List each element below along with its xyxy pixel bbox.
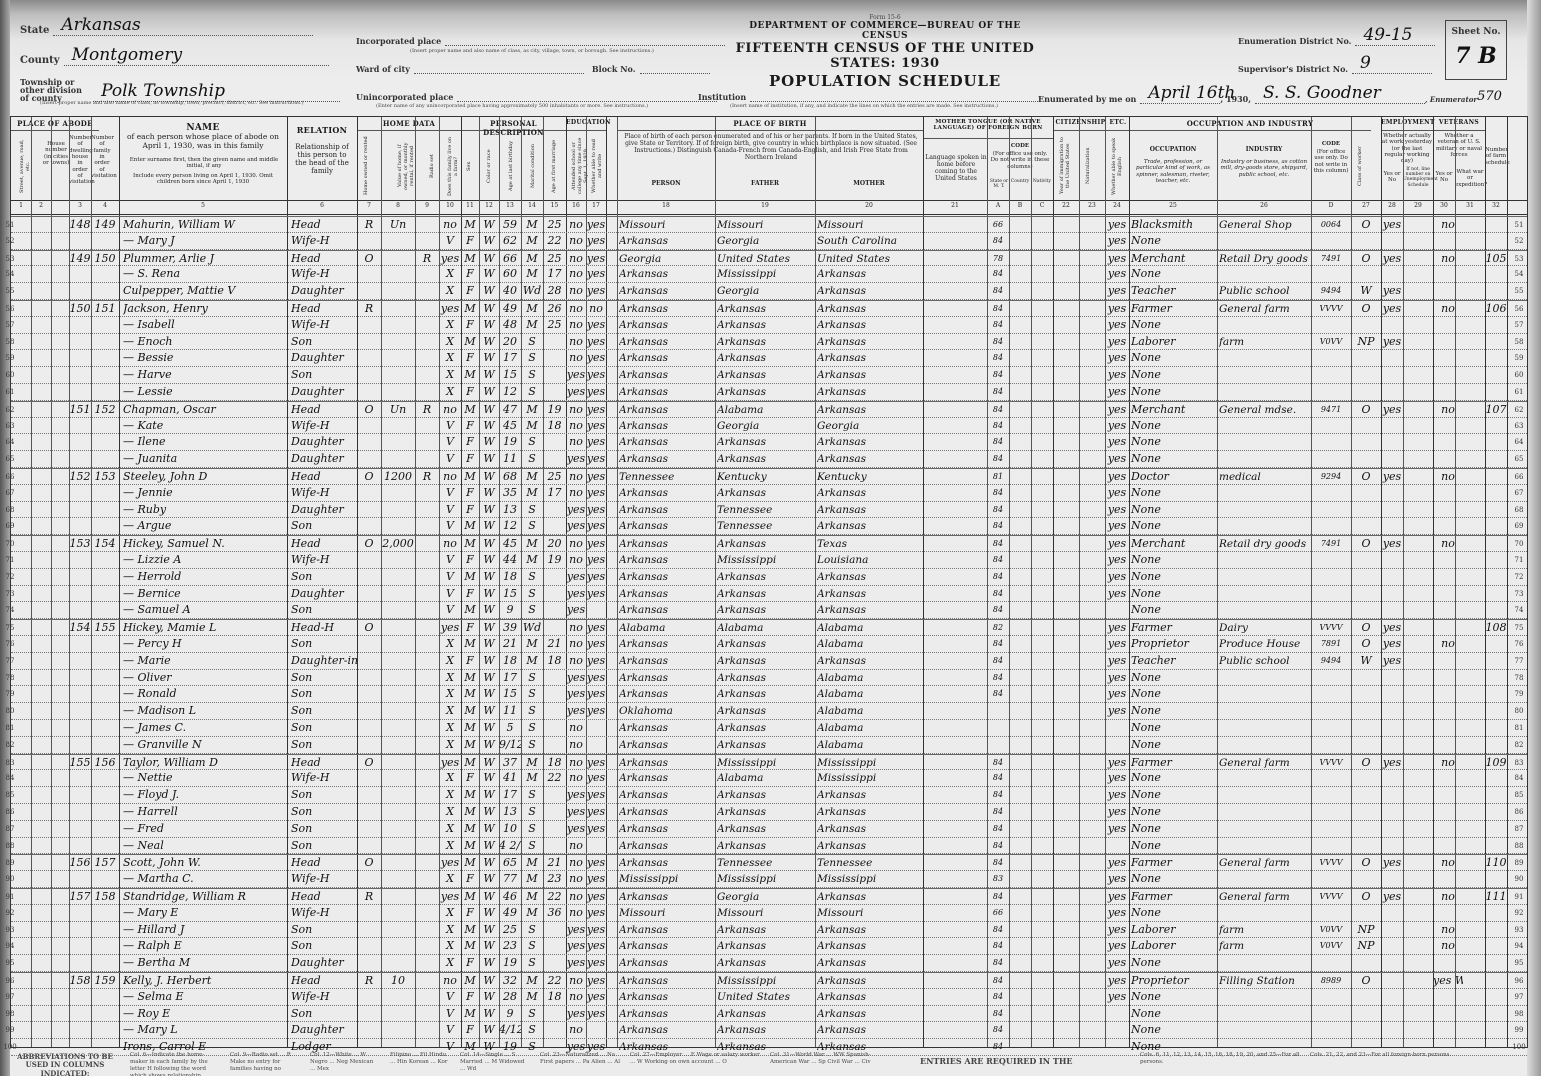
cell-color: W bbox=[479, 989, 499, 1006]
cell-industry bbox=[1219, 552, 1311, 569]
cell-pob-father: Mississippi bbox=[717, 973, 815, 990]
cell-name: — Floyd J. bbox=[123, 787, 287, 804]
cell-pob: Arkansas bbox=[619, 737, 715, 754]
cell-relation: Wife-H bbox=[291, 770, 357, 787]
cell-marital: M bbox=[521, 636, 543, 653]
cell-age: 32 bbox=[499, 973, 521, 990]
cell-pob-mother: Arkansas bbox=[817, 301, 923, 318]
cell-relation: Son bbox=[291, 922, 357, 939]
cell-emp bbox=[1381, 418, 1403, 435]
cell-school: yes bbox=[566, 787, 586, 804]
cell-pob: Arkansas bbox=[619, 770, 715, 787]
cell-family bbox=[91, 703, 119, 720]
cell-english: yes bbox=[1105, 552, 1129, 569]
cell-farm: X bbox=[439, 770, 461, 787]
cell-pob-mother: Arkansas bbox=[817, 787, 923, 804]
cell-pob-mother: Arkansas bbox=[817, 922, 923, 939]
cell-pob: Arkansas bbox=[619, 720, 715, 737]
cell-pob-father: Georgia bbox=[717, 233, 815, 250]
cell-dwelling bbox=[69, 334, 91, 351]
cell-read: yes bbox=[586, 233, 606, 250]
cell-farm-sched bbox=[1485, 821, 1507, 838]
col-num: A bbox=[987, 202, 1009, 209]
cell-english: yes bbox=[1105, 871, 1129, 888]
cell-code-a: 84 bbox=[987, 569, 1009, 586]
line-number: 89 bbox=[3, 855, 17, 872]
cell-code-a: 84 bbox=[987, 451, 1009, 468]
cell-radio bbox=[415, 485, 439, 502]
cell-industry bbox=[1219, 1022, 1311, 1039]
cell-code-d: 9494 bbox=[1311, 653, 1351, 670]
cell-occupation: Teacher bbox=[1131, 283, 1217, 300]
cell-emp: yes bbox=[1381, 536, 1403, 553]
cell-name: Steeley, John D bbox=[123, 469, 287, 486]
sub-age-marriage: Age at first marriage bbox=[551, 135, 557, 197]
cell-value bbox=[381, 821, 415, 838]
cell-class: O bbox=[1351, 402, 1381, 419]
cell-english: yes bbox=[1105, 384, 1129, 401]
cell-read: yes bbox=[586, 266, 606, 283]
cell-code-a: 84 bbox=[987, 787, 1009, 804]
cell-farm-sched bbox=[1485, 686, 1507, 703]
cell-english: yes bbox=[1105, 973, 1129, 990]
cell-emp bbox=[1381, 989, 1403, 1006]
cell-pob: Arkansas bbox=[619, 451, 715, 468]
cell-class bbox=[1351, 552, 1381, 569]
cell-farm-sched: 105 bbox=[1485, 251, 1507, 268]
cell-class bbox=[1351, 838, 1381, 855]
cell-pob-mother: Arkansas bbox=[817, 889, 923, 906]
cell-owned bbox=[357, 737, 381, 754]
cell-dwelling bbox=[69, 1006, 91, 1023]
cell-occupation: None bbox=[1131, 670, 1217, 687]
cell-owned bbox=[357, 770, 381, 787]
cell-pob-father: Alabama bbox=[717, 770, 815, 787]
cell-value bbox=[381, 1022, 415, 1039]
cell-code-d bbox=[1311, 552, 1351, 569]
enum-district-value: 49-15 bbox=[1363, 25, 1412, 45]
cell-dwelling bbox=[69, 233, 91, 250]
cell-dwelling bbox=[69, 636, 91, 653]
schedule-title: POPULATION SCHEDULE bbox=[730, 72, 1040, 90]
cell-sex: M bbox=[461, 602, 479, 619]
cell-sex: F bbox=[461, 266, 479, 283]
table-row: 6363— KateWife-HVFW45M18noyesArkansasGeo… bbox=[11, 418, 1527, 435]
cell-farm: X bbox=[439, 787, 461, 804]
cell-name: — Percy H bbox=[123, 636, 287, 653]
cell-read bbox=[586, 602, 606, 619]
table-row: 7474— Samuel ASonVMW9SyesArkansasArkansa… bbox=[11, 602, 1527, 619]
cell-age-marr: 36 bbox=[543, 905, 566, 922]
cell-sex: F bbox=[461, 384, 479, 401]
cell-color: W bbox=[479, 552, 499, 569]
cell-code-a: 84 bbox=[987, 317, 1009, 334]
cell-color: W bbox=[479, 686, 499, 703]
cell-sex: M bbox=[461, 670, 479, 687]
cell-owned bbox=[357, 451, 381, 468]
cell-vet bbox=[1433, 871, 1463, 888]
cell-name: — Kate bbox=[123, 418, 287, 435]
cell-industry bbox=[1219, 485, 1311, 502]
cell-pob: Arkansas bbox=[619, 402, 715, 419]
cell-occupation: None bbox=[1131, 434, 1217, 451]
cell-value bbox=[381, 838, 415, 855]
sub-code-d-note: (For office use only. Do not write in th… bbox=[1313, 149, 1349, 174]
cell-owned: O bbox=[357, 251, 381, 268]
cell-radio bbox=[415, 233, 439, 250]
cell-age: 9 bbox=[499, 602, 521, 619]
cell-pob-father: Alabama bbox=[717, 402, 815, 419]
cell-emp bbox=[1381, 905, 1403, 922]
cell-color: W bbox=[479, 770, 499, 787]
col-num: 13 bbox=[499, 202, 521, 209]
cell-marital: S bbox=[521, 922, 543, 939]
cell-name: — Granville N bbox=[123, 737, 287, 754]
cell-pob: Arkansas bbox=[619, 938, 715, 955]
cell-farm-sched bbox=[1485, 418, 1507, 435]
cell-farm: X bbox=[439, 804, 461, 821]
cell-school: yes bbox=[566, 502, 586, 519]
cell-family: 155 bbox=[91, 620, 119, 637]
cell-emp bbox=[1381, 502, 1403, 519]
cell-marital: M bbox=[521, 402, 543, 419]
cell-code-a: 84 bbox=[987, 301, 1009, 318]
cell-color: W bbox=[479, 737, 499, 754]
institution-note: (Insert name of institution, if any, and… bbox=[730, 103, 1030, 109]
cell-pob: Arkansas bbox=[619, 821, 715, 838]
cell-sex: F bbox=[461, 434, 479, 451]
col-num: 6 bbox=[287, 202, 357, 209]
col-num: 5 bbox=[119, 202, 287, 209]
cell-code-a: 84 bbox=[987, 973, 1009, 990]
cell-code-d bbox=[1311, 770, 1351, 787]
cell-english: yes bbox=[1105, 502, 1129, 519]
cell-emp bbox=[1381, 1006, 1403, 1023]
group-personal: PERSONAL DESCRIPTION bbox=[461, 117, 566, 131]
cell-english bbox=[1105, 838, 1129, 855]
cell-english: yes bbox=[1105, 686, 1129, 703]
cell-emp bbox=[1381, 266, 1403, 283]
cell-age: 23 bbox=[499, 938, 521, 955]
cell-age-marr bbox=[543, 938, 566, 955]
cell-radio bbox=[415, 737, 439, 754]
cell-age: 25 bbox=[499, 922, 521, 939]
cell-school: yes bbox=[566, 922, 586, 939]
cell-emp bbox=[1381, 350, 1403, 367]
cell-sex: M bbox=[461, 821, 479, 838]
cell-industry bbox=[1219, 367, 1311, 384]
cell-sex: M bbox=[461, 973, 479, 990]
cell-pob-father: Arkansas bbox=[717, 434, 815, 451]
cell-value bbox=[381, 251, 415, 268]
line-number: 99 bbox=[3, 1022, 17, 1039]
cell-english bbox=[1105, 737, 1129, 754]
cell-owned bbox=[357, 686, 381, 703]
cell-farm-sched bbox=[1485, 485, 1507, 502]
cell-emp bbox=[1381, 1022, 1403, 1039]
cell-owned: O bbox=[357, 402, 381, 419]
cell-pob-mother: Alabama bbox=[817, 703, 923, 720]
line-number-right: 55 bbox=[1509, 283, 1529, 300]
cell-value bbox=[381, 384, 415, 401]
cell-read: yes bbox=[586, 251, 606, 268]
cell-industry bbox=[1219, 586, 1311, 603]
cell-industry bbox=[1219, 720, 1311, 737]
cell-sex: M bbox=[461, 855, 479, 872]
cell-pob-father: Arkansas bbox=[717, 821, 815, 838]
cell-owned bbox=[357, 283, 381, 300]
cell-vet: no bbox=[1433, 217, 1463, 234]
cell-pob-father: Arkansas bbox=[717, 737, 815, 754]
cell-vet: no bbox=[1433, 251, 1463, 268]
cell-pob: Tennessee bbox=[619, 469, 715, 486]
cell-marital: S bbox=[521, 602, 543, 619]
cell-age: 44 bbox=[499, 552, 521, 569]
cell-class bbox=[1351, 418, 1381, 435]
group-home-data: HOME DATA bbox=[357, 117, 461, 131]
cell-pob: Arkansas bbox=[619, 889, 715, 906]
cell-age: 77 bbox=[499, 871, 521, 888]
cell-value bbox=[381, 855, 415, 872]
cell-english: yes bbox=[1105, 938, 1129, 955]
cell-pob: Arkansas bbox=[619, 787, 715, 804]
cell-farm: V bbox=[439, 569, 461, 586]
cell-vet bbox=[1433, 737, 1463, 754]
line-number-right: 58 bbox=[1509, 334, 1529, 351]
cell-occupation: None bbox=[1131, 720, 1217, 737]
cell-code-a: 84 bbox=[987, 266, 1009, 283]
cell-occupation: Farmer bbox=[1131, 755, 1217, 772]
cell-sex: M bbox=[461, 703, 479, 720]
cell-class bbox=[1351, 350, 1381, 367]
cell-vet bbox=[1433, 686, 1463, 703]
table-row: 5353149150Plummer, Arlie JHeadORyesMW66M… bbox=[11, 250, 1527, 267]
line-number: 76 bbox=[3, 636, 17, 653]
cell-color: W bbox=[479, 670, 499, 687]
cell-age: 5 bbox=[499, 720, 521, 737]
line-number: 96 bbox=[3, 973, 17, 990]
cell-radio bbox=[415, 686, 439, 703]
cell-english: yes bbox=[1105, 317, 1129, 334]
cell-school: yes bbox=[566, 703, 586, 720]
cell-family bbox=[91, 283, 119, 300]
cell-family bbox=[91, 804, 119, 821]
cell-farm: no bbox=[439, 402, 461, 419]
cell-class bbox=[1351, 787, 1381, 804]
cell-dwelling bbox=[69, 569, 91, 586]
cell-emp bbox=[1381, 871, 1403, 888]
table-row: 5858— EnochSonXMW20SnoyesArkansasArkansa… bbox=[11, 334, 1527, 351]
cell-sex: M bbox=[461, 536, 479, 553]
cell-marital: M bbox=[521, 485, 543, 502]
table-row: 9595— Bertha MDaughterXFW19SyesyesArkans… bbox=[11, 955, 1527, 972]
table-row: 6464— IleneDaughterVFW19SnoyesArkansasAr… bbox=[11, 434, 1527, 451]
table-row: 7373— BerniceDaughterVFW15SyesyesArkansa… bbox=[11, 586, 1527, 603]
cell-name: Hickey, Samuel N. bbox=[123, 536, 287, 553]
cell-class bbox=[1351, 434, 1381, 451]
cell-sex: M bbox=[461, 838, 479, 855]
cell-school: yes bbox=[566, 938, 586, 955]
cell-family bbox=[91, 636, 119, 653]
cell-emp: yes bbox=[1381, 653, 1403, 670]
cell-school: no bbox=[566, 552, 586, 569]
cell-pob-father: Arkansas bbox=[717, 334, 815, 351]
cell-industry bbox=[1219, 384, 1311, 401]
sub-code-a: State or M. T. bbox=[989, 179, 1009, 189]
cell-radio bbox=[415, 586, 439, 603]
cell-name: Standridge, William R bbox=[123, 889, 287, 906]
cell-vet bbox=[1433, 418, 1463, 435]
cell-age-marr bbox=[543, 821, 566, 838]
cell-age-marr bbox=[543, 1022, 566, 1039]
cell-industry: farm bbox=[1219, 922, 1311, 939]
cell-occupation: Farmer bbox=[1131, 855, 1217, 872]
cell-english: yes bbox=[1105, 217, 1129, 234]
cell-farm: X bbox=[439, 636, 461, 653]
cell-family bbox=[91, 334, 119, 351]
cell-industry: Produce House bbox=[1219, 636, 1311, 653]
sub-street: Street, avenue, road, etc. bbox=[19, 135, 31, 197]
cell-sex: M bbox=[461, 301, 479, 318]
cell-class: W bbox=[1351, 653, 1381, 670]
cell-color: W bbox=[479, 418, 499, 435]
cell-farm-sched bbox=[1485, 518, 1507, 535]
cell-read: yes bbox=[586, 686, 606, 703]
cell-age: 45 bbox=[499, 536, 521, 553]
cell-pob-father: United States bbox=[717, 251, 815, 268]
cell-vet: no bbox=[1433, 922, 1463, 939]
line-number-right: 86 bbox=[1509, 804, 1529, 821]
cell-sex: F bbox=[461, 233, 479, 250]
cell-class bbox=[1351, 804, 1381, 821]
cell-radio bbox=[415, 787, 439, 804]
cell-dwelling bbox=[69, 938, 91, 955]
cell-age-marr bbox=[543, 569, 566, 586]
cell-emp bbox=[1381, 720, 1403, 737]
cell-industry bbox=[1219, 1006, 1311, 1023]
cell-value bbox=[381, 755, 415, 772]
cell-class bbox=[1351, 518, 1381, 535]
cell-value bbox=[381, 787, 415, 804]
cell-code-a: 84 bbox=[987, 855, 1009, 872]
cell-farm-sched bbox=[1485, 1006, 1507, 1023]
cell-occupation: None bbox=[1131, 350, 1217, 367]
cell-age: 17 bbox=[499, 350, 521, 367]
cell-family bbox=[91, 317, 119, 334]
cell-marital: M bbox=[521, 871, 543, 888]
cell-emp: yes bbox=[1381, 251, 1403, 268]
cell-farm-sched bbox=[1485, 367, 1507, 384]
sub-industry-desc: Industry or business, as cotton mill, dr… bbox=[1219, 159, 1309, 178]
cell-pob-mother: Tennessee bbox=[817, 855, 923, 872]
line-number: 91 bbox=[3, 889, 17, 906]
group-mother-tongue: MOTHER TONGUE (OR NATIVE LANGUAGE) OF FO… bbox=[923, 117, 1053, 139]
cell-relation: Wife-H bbox=[291, 485, 357, 502]
cell-farm: V bbox=[439, 989, 461, 1006]
cell-industry: Filling Station bbox=[1219, 973, 1311, 990]
cell-school: no bbox=[566, 418, 586, 435]
cell-farm-sched bbox=[1485, 905, 1507, 922]
sub-value: Value of home, if owned, or monthly rent… bbox=[397, 135, 415, 197]
cell-emp bbox=[1381, 670, 1403, 687]
cell-industry bbox=[1219, 317, 1311, 334]
cell-owned bbox=[357, 502, 381, 519]
line-number: 65 bbox=[3, 451, 17, 468]
cell-emp bbox=[1381, 938, 1403, 955]
cell-owned bbox=[357, 485, 381, 502]
cell-code-a bbox=[987, 703, 1009, 720]
cell-name: — Juanita bbox=[123, 451, 287, 468]
cell-pob: Arkansas bbox=[619, 536, 715, 553]
cell-dwelling bbox=[69, 686, 91, 703]
cell-owned bbox=[357, 804, 381, 821]
cell-read: yes bbox=[586, 367, 606, 384]
col-num: C bbox=[1031, 202, 1053, 209]
cell-industry: Public school bbox=[1219, 653, 1311, 670]
cell-color: W bbox=[479, 451, 499, 468]
sub-color: Color or race bbox=[486, 135, 492, 197]
cell-code-a: 84 bbox=[987, 755, 1009, 772]
cell-pob-father: Arkansas bbox=[717, 1006, 815, 1023]
cell-class bbox=[1351, 737, 1381, 754]
cell-code-a: 84 bbox=[987, 989, 1009, 1006]
cell-radio bbox=[415, 451, 439, 468]
table-row: 8686— HarrellSonXMW13SyesyesArkansasArka… bbox=[11, 804, 1527, 821]
cell-class bbox=[1351, 770, 1381, 787]
institution-label: Institution bbox=[698, 92, 746, 102]
cell-read: yes bbox=[586, 569, 606, 586]
cell-name: — Martha C. bbox=[123, 871, 287, 888]
township-field: Township or other division of county Pol… bbox=[20, 78, 340, 102]
cell-age: 15 bbox=[499, 367, 521, 384]
cell-relation: Son bbox=[291, 636, 357, 653]
cell-code-d bbox=[1311, 485, 1351, 502]
cell-pob: Arkansas bbox=[619, 266, 715, 283]
sub-code-note: (For office use only. Do not write in th… bbox=[989, 151, 1051, 170]
cell-pob: Arkansas bbox=[619, 350, 715, 367]
cell-marital: S bbox=[521, 350, 543, 367]
table-row: 9494— Ralph ESonXMW23SyesyesArkansasArka… bbox=[11, 938, 1527, 955]
cell-code-a: 84 bbox=[987, 602, 1009, 619]
cell-class: W bbox=[1351, 283, 1381, 300]
cell-code-a: 66 bbox=[987, 217, 1009, 234]
county-field: County Montgomery bbox=[20, 50, 329, 66]
cell-value bbox=[381, 350, 415, 367]
cell-farm-sched: 106 bbox=[1485, 301, 1507, 318]
cell-read: yes bbox=[586, 787, 606, 804]
cell-read: yes bbox=[586, 905, 606, 922]
cell-pob-father: Missouri bbox=[717, 905, 815, 922]
cell-color: W bbox=[479, 973, 499, 990]
cell-occupation: Merchant bbox=[1131, 251, 1217, 268]
entries-required: ENTRIES ARE REQUIRED IN THE bbox=[920, 1056, 1073, 1066]
block-label: Block No. bbox=[592, 64, 636, 74]
cell-pob: Arkansas bbox=[619, 636, 715, 653]
cell-vet: no bbox=[1433, 755, 1463, 772]
line-number: 98 bbox=[3, 1006, 17, 1023]
cell-radio bbox=[415, 755, 439, 772]
cell-pob: Arkansas bbox=[619, 367, 715, 384]
cell-color: W bbox=[479, 502, 499, 519]
cell-sex: F bbox=[461, 770, 479, 787]
table-row: 5656150151Jackson, HenryHeadRyesMW49M26n… bbox=[11, 300, 1527, 317]
cell-code-a: 84 bbox=[987, 518, 1009, 535]
cell-farm-sched bbox=[1485, 552, 1507, 569]
cell-age: 10 bbox=[499, 821, 521, 838]
line-number-right: 62 bbox=[1509, 402, 1529, 419]
cell-school: no bbox=[566, 855, 586, 872]
cell-relation: Daughter bbox=[291, 1022, 357, 1039]
